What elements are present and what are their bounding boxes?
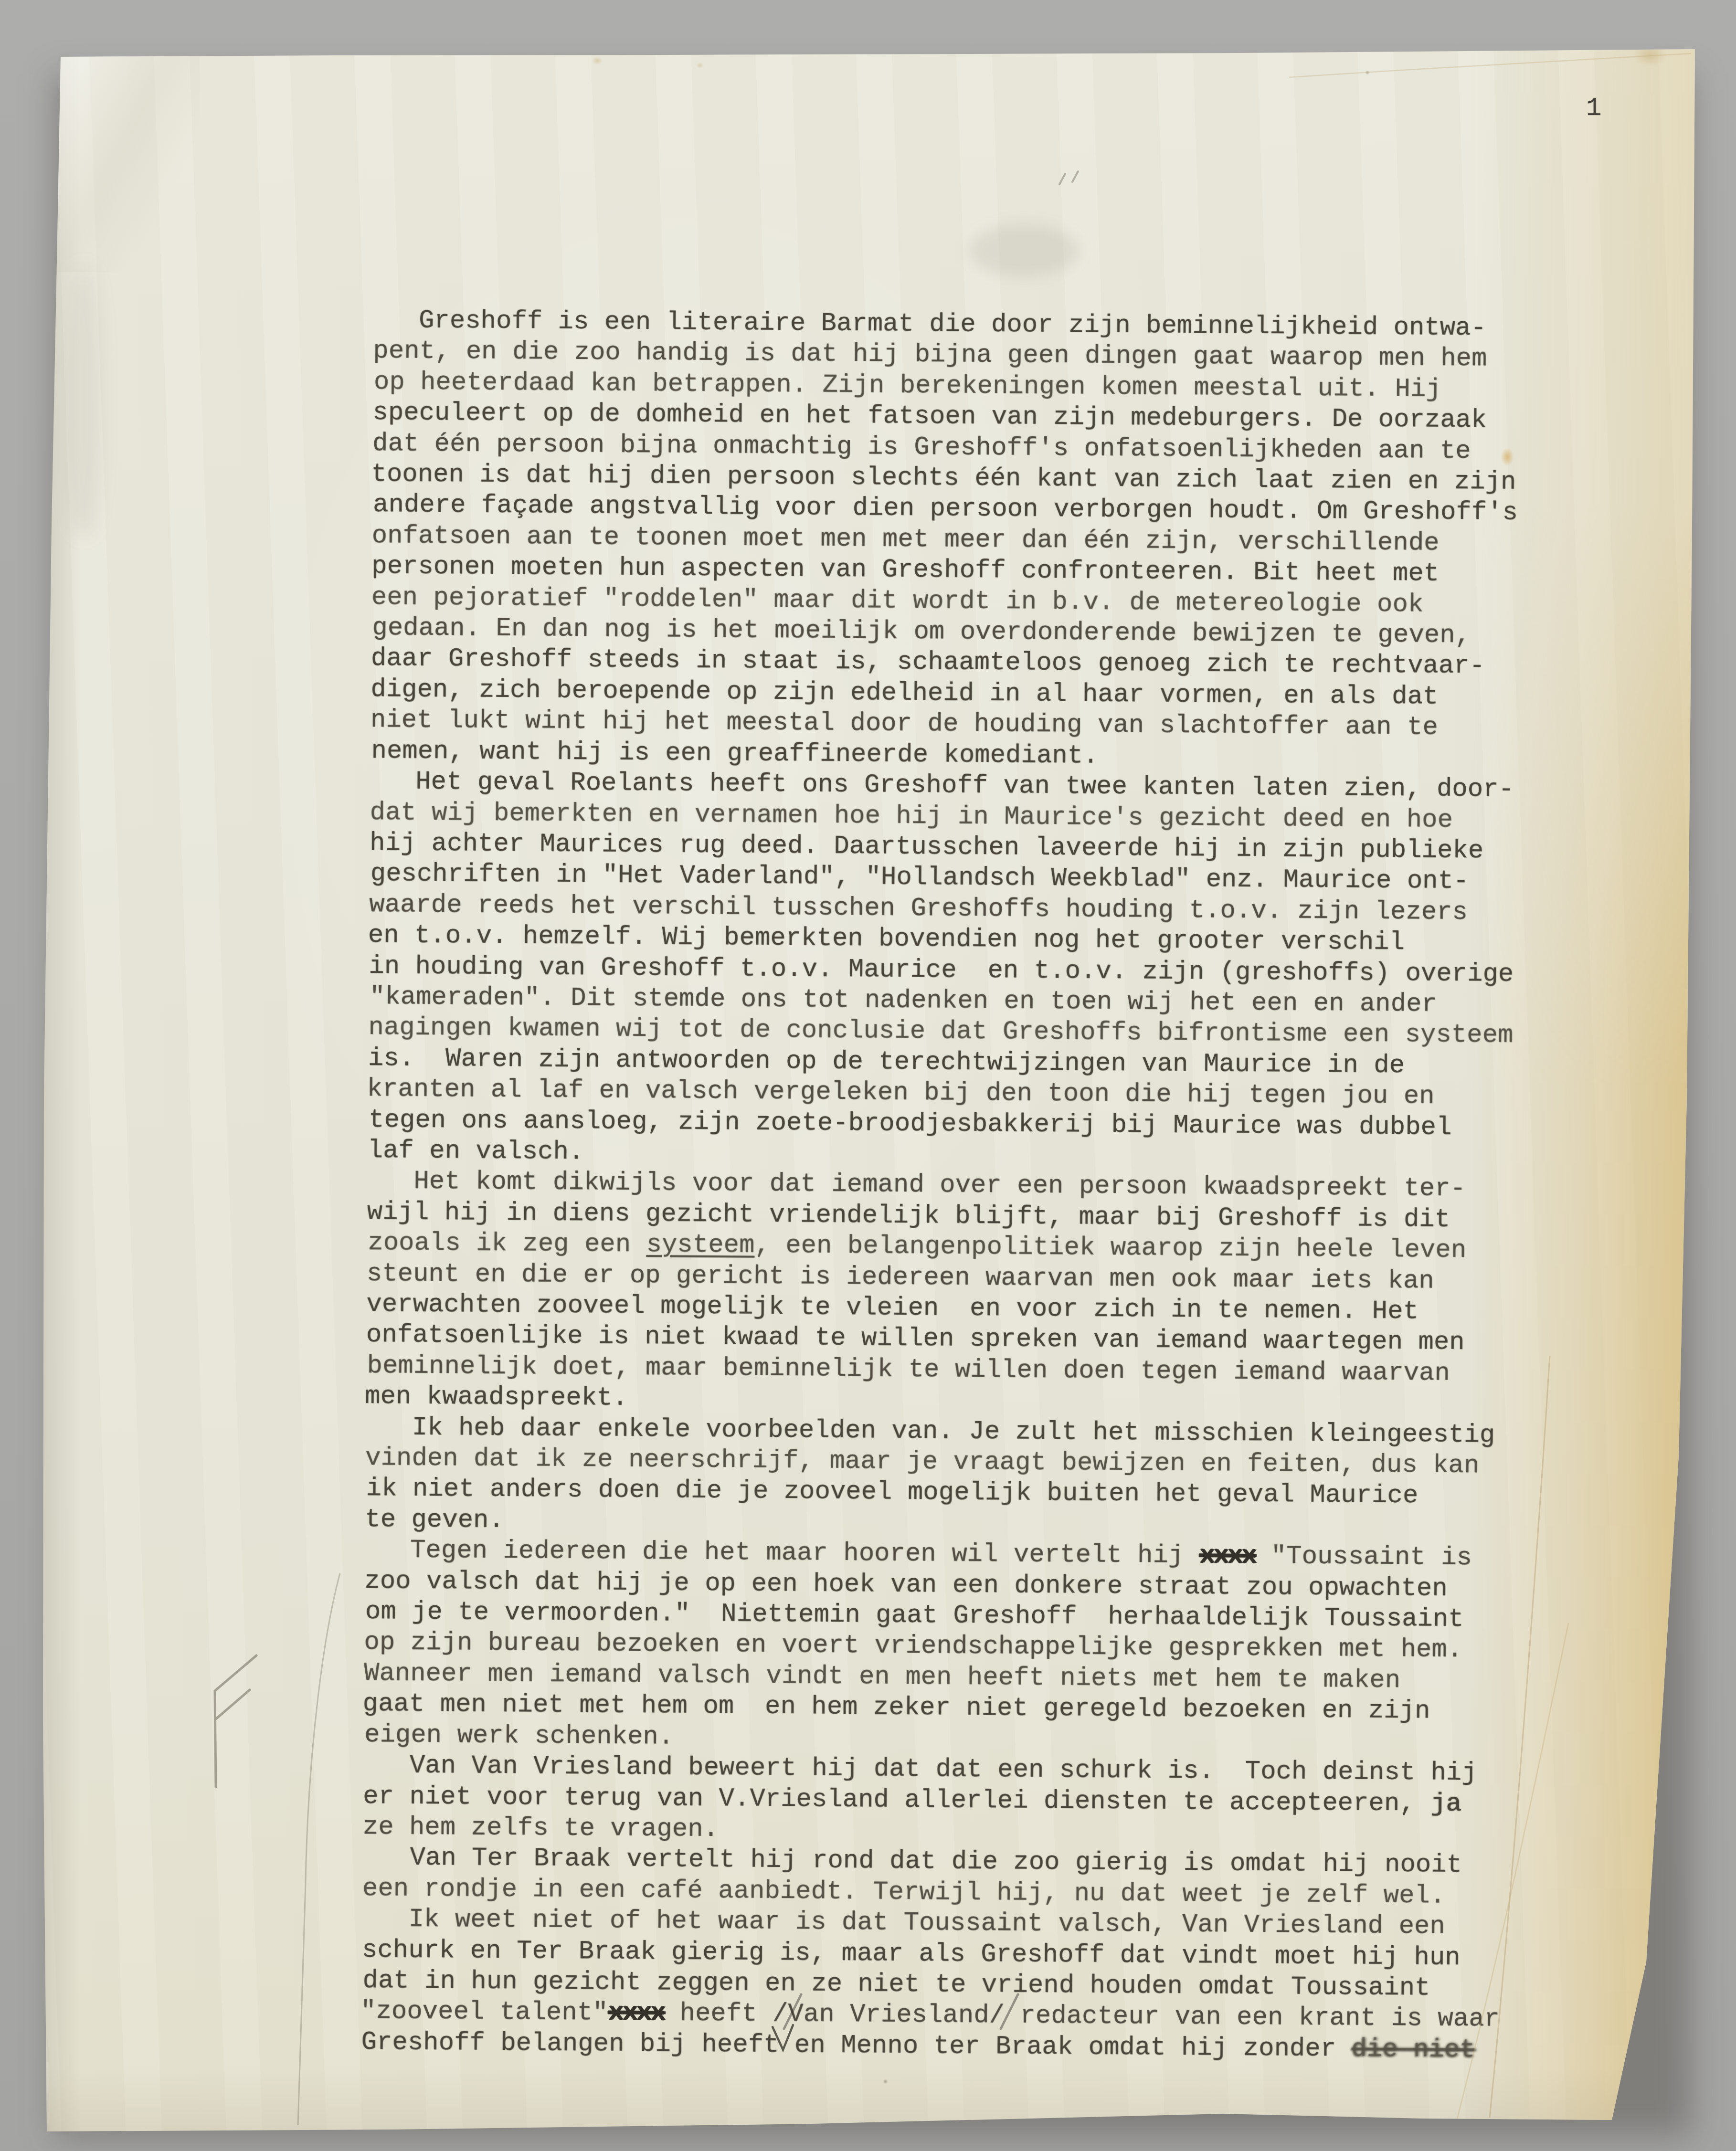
text-segment: en t.o.v. hemzelf. Wij bemerkten bovendi… [368, 921, 1405, 957]
text-segment: laf en valsch. [367, 1136, 584, 1167]
curled-corner-highlight [56, 53, 200, 272]
text-segment: "zooveel talent" [360, 1997, 608, 2028]
text-segment: ik niet anders doen die je zooveel mogel… [366, 1474, 1418, 1510]
age-stain [695, 61, 705, 70]
text-segment-blackout: xxxx [608, 1999, 664, 2028]
text-segment: "Toussaint is [1255, 1542, 1472, 1572]
text-segment-strike: die niet [1351, 2035, 1475, 2065]
age-stain [590, 55, 604, 66]
text-segment: , een belangenpolitiek waarop zijn heele… [754, 1231, 1466, 1265]
smudge [67, 267, 100, 535]
text-segment-b: ja [1430, 1789, 1461, 1818]
quote-ticks-icon [1059, 171, 1078, 184]
text-segment: zooals ik zeg een [368, 1228, 646, 1259]
text-segment: men kwaadspreekt. [365, 1382, 628, 1413]
text-segment: nemen, want hij is een greaffineerde kom… [371, 737, 1098, 771]
scanner-background: 1 Greshoff is een literaire Barmat die d… [0, 0, 1736, 2151]
text-segment: ze hem zelfs te vragen. [363, 1813, 719, 1844]
margin-check-mark-icon [215, 1655, 256, 1787]
page-number: 1 [1586, 94, 1601, 124]
text-segment: Greshoff belangen bij heeft en Menno ter… [361, 2028, 1351, 2064]
text-segment-blackout: xxxx [1199, 1541, 1255, 1571]
typewritten-page: 1 Greshoff is een literaire Barmat die d… [0, 0, 1736, 2151]
text-segment-u: systeem [646, 1230, 754, 1260]
ink-speck [882, 2078, 889, 2085]
text-segment: heeft /Van Vriesland/ redacteur van een … [664, 1999, 1500, 2034]
text-segment: kranten al laf en valsch vergeleken bij … [367, 1075, 1434, 1111]
text-segment: eigen werk schenken. [364, 1720, 674, 1752]
left-crease-line [298, 1573, 340, 2125]
age-stain [1627, 39, 1673, 71]
text-segment: te geven. [365, 1505, 504, 1535]
pencil-smudge [969, 224, 1079, 277]
text-segment: Tegen iedereen die het maar hooren wil v… [364, 1536, 1199, 1571]
ink-speck [1365, 70, 1370, 75]
typescript-text: Greshoff is een literaire Barmat die doo… [361, 306, 1519, 2066]
